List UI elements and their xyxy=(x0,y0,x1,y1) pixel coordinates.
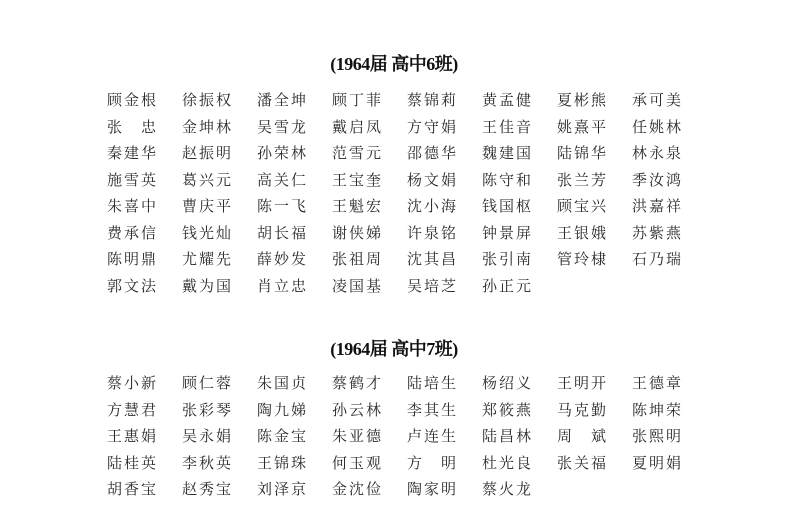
student-name: 钟景屏 xyxy=(482,222,557,244)
student-name: 钱国枢 xyxy=(482,195,557,217)
student-name: 杨文娟 xyxy=(407,169,482,191)
student-name: 任姚林 xyxy=(632,116,707,138)
student-name: 肖立忠 xyxy=(257,275,332,297)
student-name: 施雪英 xyxy=(107,169,182,191)
student-name: 曹庆平 xyxy=(182,195,257,217)
student-name: 夏明娟 xyxy=(632,452,707,474)
student-name: 陶九娣 xyxy=(257,399,332,421)
student-name: 吴雪龙 xyxy=(257,116,332,138)
student-name: 朱亚德 xyxy=(332,425,407,447)
student-name: 胡长福 xyxy=(257,222,332,244)
student-name: 王德章 xyxy=(632,372,707,394)
section-title: (1964届 高中7班) xyxy=(0,335,788,361)
student-name: 陆锦华 xyxy=(557,142,632,164)
student-name: 邵德华 xyxy=(407,142,482,164)
student-name: 王明开 xyxy=(557,372,632,394)
student-name: 尤耀先 xyxy=(182,248,257,270)
student-name: 刘泽京 xyxy=(257,478,332,500)
student-name: 陈守和 xyxy=(482,169,557,191)
student-name: 方 明 xyxy=(407,452,482,474)
student-name: 张熙明 xyxy=(632,425,707,447)
student-name: 王锦珠 xyxy=(257,452,332,474)
student-name: 蔡鹤才 xyxy=(332,372,407,394)
student-name: 张兰芳 xyxy=(557,169,632,191)
student-name: 周 斌 xyxy=(557,425,632,447)
student-name: 许泉铭 xyxy=(407,222,482,244)
student-name: 张祖周 xyxy=(332,248,407,270)
student-name: 陆培生 xyxy=(407,372,482,394)
student-name: 魏建国 xyxy=(482,142,557,164)
student-name: 陶家明 xyxy=(407,478,482,500)
student-name: 吴永娟 xyxy=(182,425,257,447)
student-name: 蔡小新 xyxy=(107,372,182,394)
student-name: 承可美 xyxy=(632,89,707,111)
student-name: 顾仁蓉 xyxy=(182,372,257,394)
student-name: 凌国基 xyxy=(332,275,407,297)
student-name: 马克勤 xyxy=(557,399,632,421)
student-name: 潘全坤 xyxy=(257,89,332,111)
student-name: 高关仁 xyxy=(257,169,332,191)
student-name: 吴培芝 xyxy=(407,275,482,297)
student-name: 王宝奎 xyxy=(332,169,407,191)
student-name: 石乃瑞 xyxy=(632,248,707,270)
student-name: 方慧君 xyxy=(107,399,182,421)
student-name: 苏紫燕 xyxy=(632,222,707,244)
student-name: 金坤林 xyxy=(182,116,257,138)
student-name: 管玲棣 xyxy=(557,248,632,270)
student-name: 赵秀宝 xyxy=(182,478,257,500)
student-name: 陆昌林 xyxy=(482,425,557,447)
student-name: 陈一飞 xyxy=(257,195,332,217)
student-name: 李秋英 xyxy=(182,452,257,474)
student-name: 季汝鸿 xyxy=(632,169,707,191)
student-name: 金沈俭 xyxy=(332,478,407,500)
student-name: 王惠娟 xyxy=(107,425,182,447)
student-name: 戴启凤 xyxy=(332,116,407,138)
student-name: 孙荣林 xyxy=(257,142,332,164)
student-name: 张 忠 xyxy=(107,116,182,138)
student-name: 姚熹平 xyxy=(557,116,632,138)
student-name: 张关福 xyxy=(557,452,632,474)
student-name: 郭文法 xyxy=(107,275,182,297)
student-name: 葛兴元 xyxy=(182,169,257,191)
student-name: 卢连生 xyxy=(407,425,482,447)
student-name: 朱喜中 xyxy=(107,195,182,217)
student-name: 洪嘉祥 xyxy=(632,195,707,217)
student-name: 秦建华 xyxy=(107,142,182,164)
student-name: 沈其昌 xyxy=(407,248,482,270)
student-name: 赵振明 xyxy=(182,142,257,164)
student-name: 方守娟 xyxy=(407,116,482,138)
student-name: 王魁宏 xyxy=(332,195,407,217)
student-name: 费承信 xyxy=(107,222,182,244)
student-name: 张引南 xyxy=(482,248,557,270)
student-name: 戴为国 xyxy=(182,275,257,297)
student-name: 顾丁菲 xyxy=(332,89,407,111)
student-name: 林永泉 xyxy=(632,142,707,164)
student-name: 顾宝兴 xyxy=(557,195,632,217)
student-name: 陈坤荣 xyxy=(632,399,707,421)
student-name: 夏彬熊 xyxy=(557,89,632,111)
student-name: 王佳音 xyxy=(482,116,557,138)
student-name: 胡香宝 xyxy=(107,478,182,500)
section-title: (1964届 高中6班) xyxy=(0,50,788,76)
student-name: 徐振权 xyxy=(182,89,257,111)
student-name: 王银娥 xyxy=(557,222,632,244)
student-name: 孙正元 xyxy=(482,275,557,297)
student-name: 顾金根 xyxy=(107,89,182,111)
student-name: 蔡锦莉 xyxy=(407,89,482,111)
student-name: 李其生 xyxy=(407,399,482,421)
student-name: 蔡火龙 xyxy=(482,478,557,500)
student-name: 薛妙发 xyxy=(257,248,332,270)
student-name: 孙云林 xyxy=(332,399,407,421)
student-name: 杜光良 xyxy=(482,452,557,474)
student-name: 张彩琴 xyxy=(182,399,257,421)
student-name: 陈金宝 xyxy=(257,425,332,447)
student-name: 郑筱燕 xyxy=(482,399,557,421)
student-name: 陈明鼎 xyxy=(107,248,182,270)
student-name: 陆桂英 xyxy=(107,452,182,474)
student-name: 钱光灿 xyxy=(182,222,257,244)
student-name: 范雪元 xyxy=(332,142,407,164)
student-name: 谢侠娣 xyxy=(332,222,407,244)
student-name: 何玉观 xyxy=(332,452,407,474)
student-name: 沈小海 xyxy=(407,195,482,217)
student-name: 朱国贞 xyxy=(257,372,332,394)
student-name: 黄孟健 xyxy=(482,89,557,111)
student-name: 杨绍义 xyxy=(482,372,557,394)
